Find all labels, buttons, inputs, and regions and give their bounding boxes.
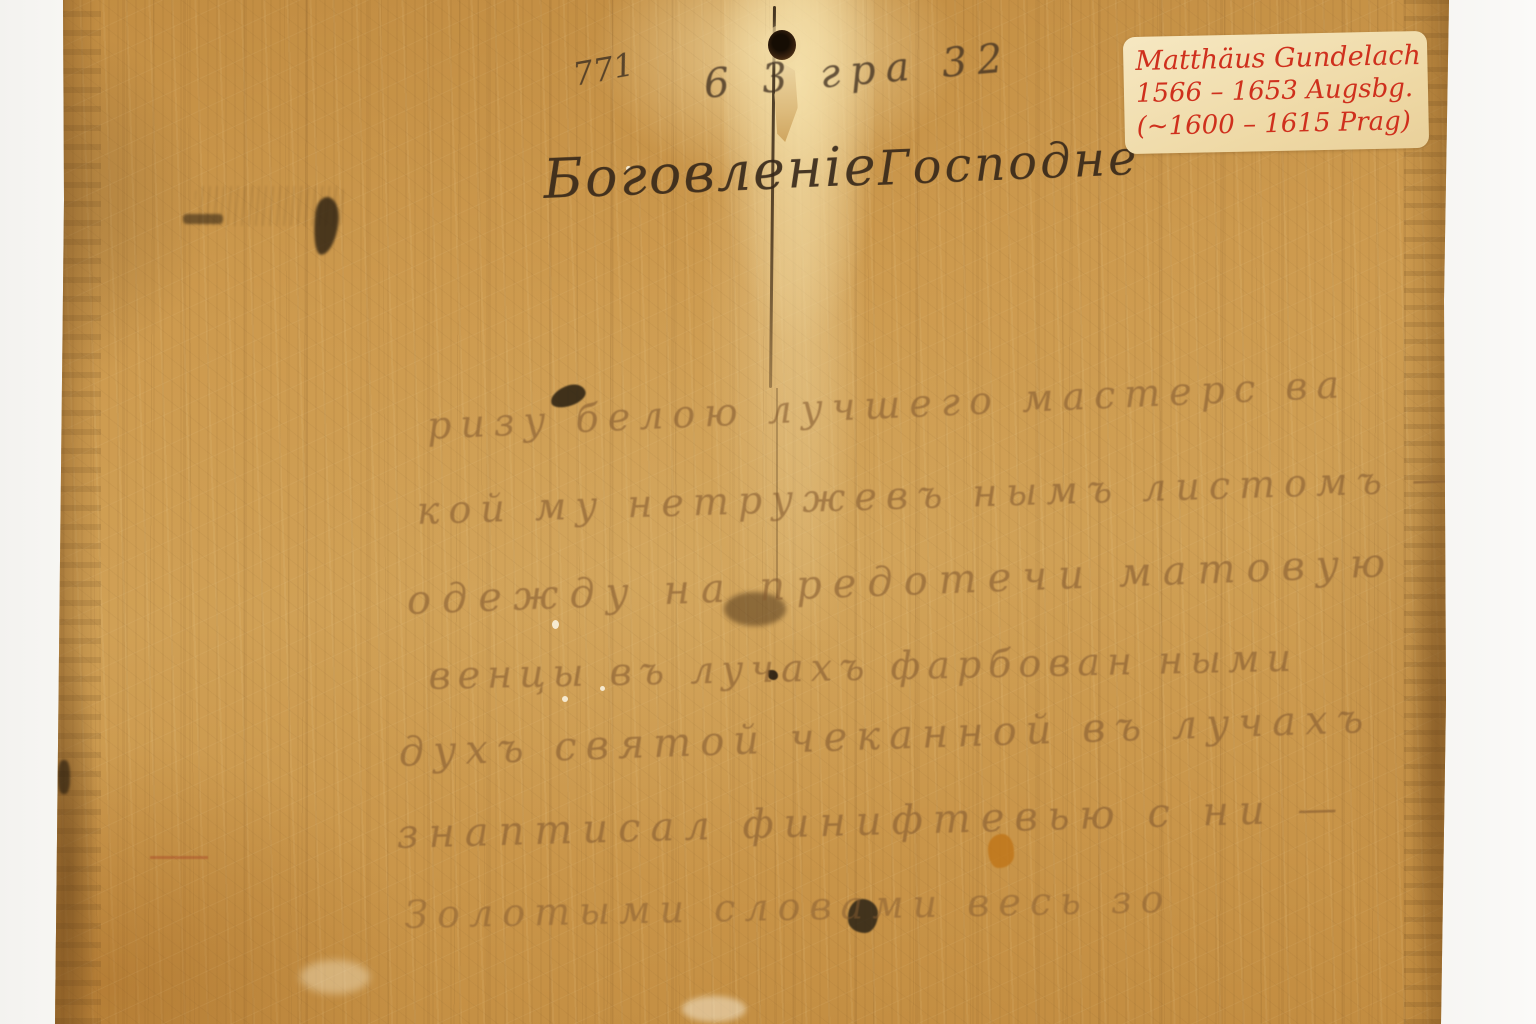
wood-panel: 771 6 3 гра 32 Боговленіе Господне ризу … (0, 0, 1536, 1024)
light-stain (300, 960, 370, 994)
paint-speck (562, 696, 568, 702)
collector-label: Matthäus Gundelach 1566 – 1653 Augsbg. (… (1123, 31, 1429, 154)
light-stain (682, 996, 746, 1022)
pencil-marks (183, 214, 223, 224)
panel-left-edge (55, 0, 101, 1024)
title-word-2: Господне (877, 130, 1141, 197)
panel-right-edge (1404, 0, 1450, 1024)
paint-speck (552, 620, 559, 629)
edge-dark-mark (58, 760, 70, 794)
photo-backdrop: 771 6 3 гра 32 Боговленіе Господне ризу … (0, 0, 1536, 1024)
red-dash-mark (150, 856, 208, 859)
label-active-dates: (~1600 – 1615 Prag) (1136, 105, 1417, 144)
